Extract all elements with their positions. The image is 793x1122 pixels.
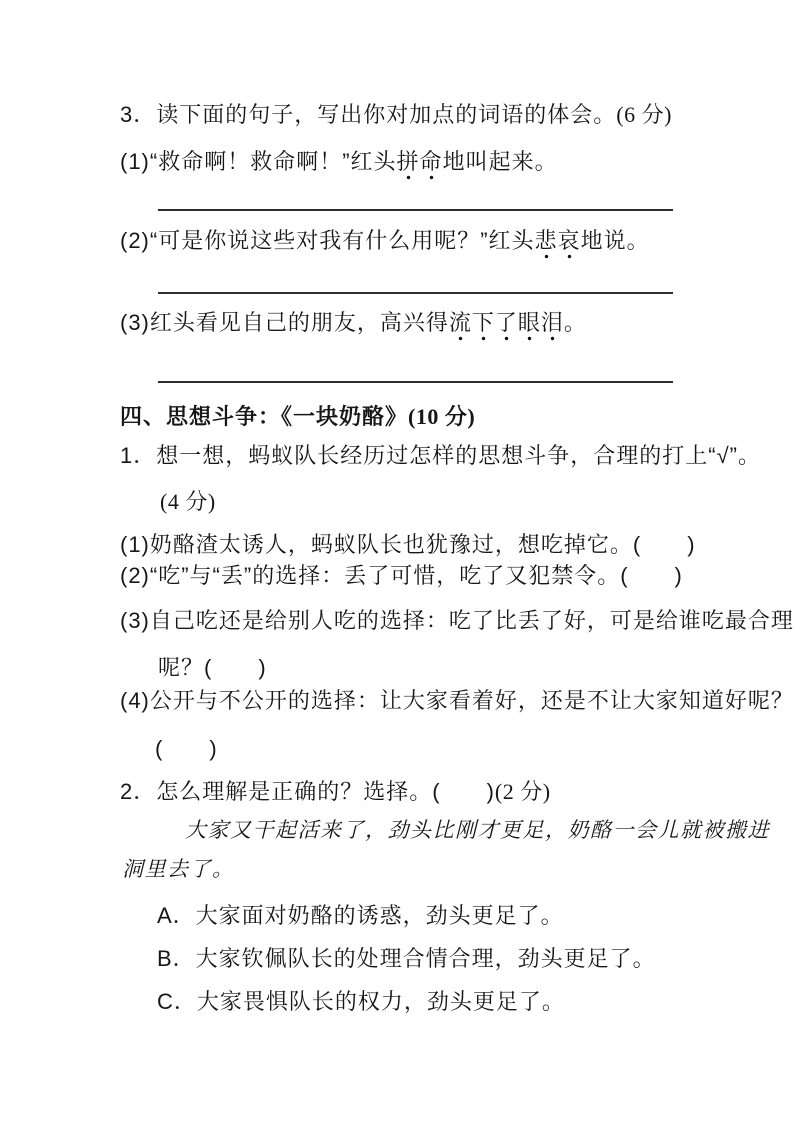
q2-heading: 2．怎么理解是正确的？选择。( )(2 分) (120, 777, 551, 806)
answer-line-2 (158, 292, 673, 294)
worksheet-page: 3．读下面的句子，写出你对加点的词语的体会。(6 分) (1)“救命啊！救命啊！… (0, 0, 793, 1122)
q1-item-1: (1)奶酪渣太诱人，蚂蚁队长也犹豫过，想吃掉它。( ) (120, 530, 696, 559)
q3-item-2-emphasized-word: 悲哀 (535, 228, 581, 260)
q1-heading: 1．想一想，蚂蚁队长经历过怎样的思想斗争，合理的打上“√”。 (120, 441, 761, 470)
q2-quote-line2: 洞里去了。 (122, 856, 235, 884)
q2-option-a: A．大家面对奶酪的诱惑，劲头更足了。 (157, 901, 564, 930)
q2-heading-score: (2 分) (495, 779, 551, 804)
answer-line-1 (158, 209, 673, 211)
q1-item-3-line1: (3)自己吃还是给别人吃的选择：吃了比丢了好，可是给谁吃最合理 (120, 606, 793, 635)
q3-item-1-pre: (1)“救命啊！救命啊！”红头 (120, 149, 397, 174)
section4-heading-text: 四、思想斗争：《一块奶酪》 (120, 404, 408, 429)
q3-item-3-emphasized-word: 流下了眼泪 (449, 310, 564, 342)
section4-heading-score: (10 分) (408, 404, 475, 429)
section4-heading: 四、思想斗争：《一块奶酪》(10 分) (120, 402, 475, 431)
q3-item-1-post: 地叫起来。 (443, 149, 558, 174)
q1-item-4-line2: ( ) (155, 734, 218, 763)
q1-item-3-line2: 呢？( ) (158, 653, 267, 682)
q1-item-4-line1: (4)公开与不公开的选择：让大家看着好，还是不让大家知道好呢？ (120, 686, 793, 715)
answer-line-3 (158, 381, 673, 383)
q3-item-3: (3)红头看见自己的朋友，高兴得流下了眼泪。 (120, 308, 587, 337)
q1-heading-score: (4 分) (160, 487, 216, 516)
q1-item-2: (2)“吃”与“丢”的选择：丢了可惜，吃了又犯禁令。( ) (120, 561, 683, 590)
q3-item-1: (1)“救命啊！救命啊！”红头拼命地叫起来。 (120, 147, 558, 176)
q2-heading-text: 2．怎么理解是正确的？选择。( ) (120, 779, 495, 804)
q2-option-c: C．大家畏惧队长的权力，劲头更足了。 (157, 987, 565, 1016)
q2-quote-line1: 大家又干起活来了，劲头比刚才更足，奶酪一会儿就被搬进 (185, 817, 770, 845)
q3-item-3-pre: (3)红头看见自己的朋友，高兴得 (120, 310, 449, 335)
q3-item-3-post: 。 (564, 310, 587, 335)
q3-heading-score: (6 分) (616, 102, 672, 127)
q3-item-2: (2)“可是你说这些对我有什么用呢？”红头悲哀地说。 (120, 226, 650, 255)
q3-item-2-post: 地说。 (581, 228, 650, 253)
q3-heading: 3．读下面的句子，写出你对加点的词语的体会。(6 分) (120, 100, 672, 129)
q2-option-b: B．大家钦佩队长的处理合情合理，劲头更足了。 (157, 944, 656, 973)
q3-item-2-pre: (2)“可是你说这些对我有什么用呢？”红头 (120, 228, 535, 253)
q3-item-1-emphasized-word: 拼命 (397, 149, 443, 181)
q3-heading-text: 3．读下面的句子，写出你对加点的词语的体会。 (120, 102, 616, 127)
